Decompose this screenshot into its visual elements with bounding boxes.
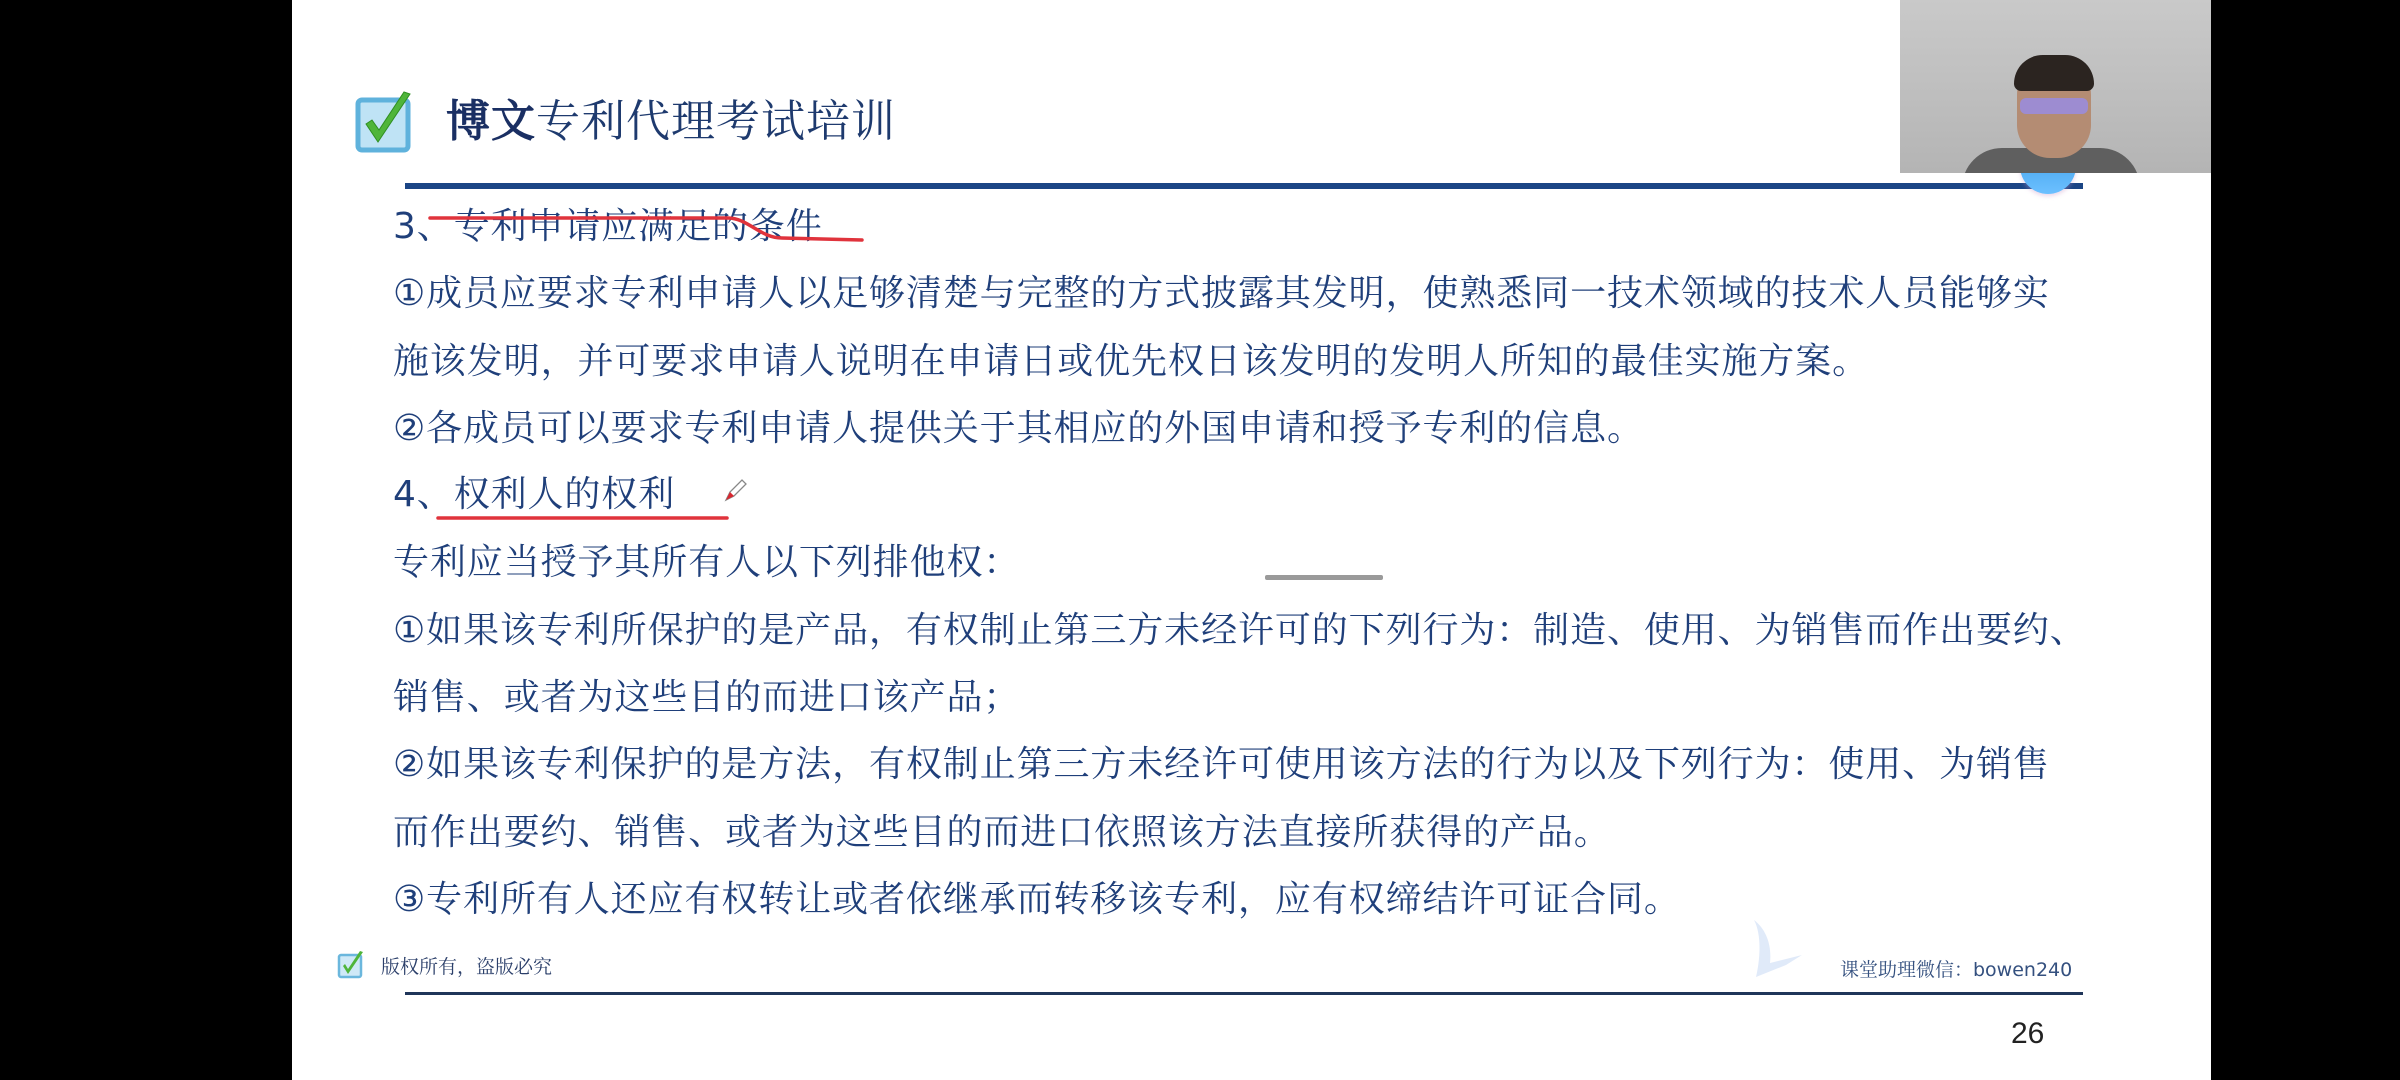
section-heading-3: 3、专利申请应满足的条件: [393, 204, 823, 250]
brand-name: 博文: [446, 96, 536, 147]
watermark-logo-icon: [1746, 915, 1806, 985]
page-number: 26: [2011, 1016, 2044, 1052]
header-subtitle: 专利代理考试培训: [536, 96, 896, 147]
copyright-notice: 版权所有，盗版必究: [381, 955, 552, 979]
content-line: ①如果该专利所保护的是产品，有权制止第三方未经许可的下列行为：制造、使用、为销售…: [393, 608, 2087, 654]
content-line: ①成员应要求专利申请人以足够清楚与完整的方式披露其发明，使熟悉同一技术领域的技术…: [393, 271, 2050, 317]
content-line: ②各成员可以要求专利申请人提供关于其相应的外国申请和授予专利的信息。: [393, 406, 1644, 452]
content-line: ②如果该专利保护的是方法，有权制止第三方未经许可使用该方法的行为以及下列行为：使…: [393, 742, 2050, 788]
content-line: 销售、或者为这些目的而进口该产品；: [393, 675, 1020, 721]
content-line: 施该发明，并可要求申请人说明在申请日或优先权日该发明的发明人所知的最佳实施方案。: [393, 339, 1869, 385]
slide-header-title: 博文专利代理考试培训: [446, 92, 896, 152]
presenter-hair: [2014, 55, 2094, 91]
content-line: 专利应当授予其所有人以下列排他权：: [393, 540, 1020, 586]
header-divider: [405, 183, 2083, 189]
content-line: ③专利所有人还应有权转让或者依继承而转移该专利，应有权缔结许可证合同。: [393, 877, 1681, 923]
webcam-video-overlay[interactable]: [1900, 0, 2211, 173]
pen-cursor-icon: [722, 478, 748, 504]
checkmark-logo-icon: [352, 90, 418, 156]
scroll-indicator-bar: [1265, 575, 1383, 580]
content-line: 而作出要约、销售、或者为这些目的而进口依照该方法直接所获得的产品。: [393, 810, 1611, 856]
footer-checkmark-icon: [336, 950, 366, 980]
assistant-contact: 课堂助理微信：bowen240: [1840, 958, 2072, 982]
footer-divider: [405, 992, 2083, 995]
section-heading-4: 4、权利人的权利: [393, 472, 675, 518]
presenter-glasses: [2020, 98, 2088, 114]
